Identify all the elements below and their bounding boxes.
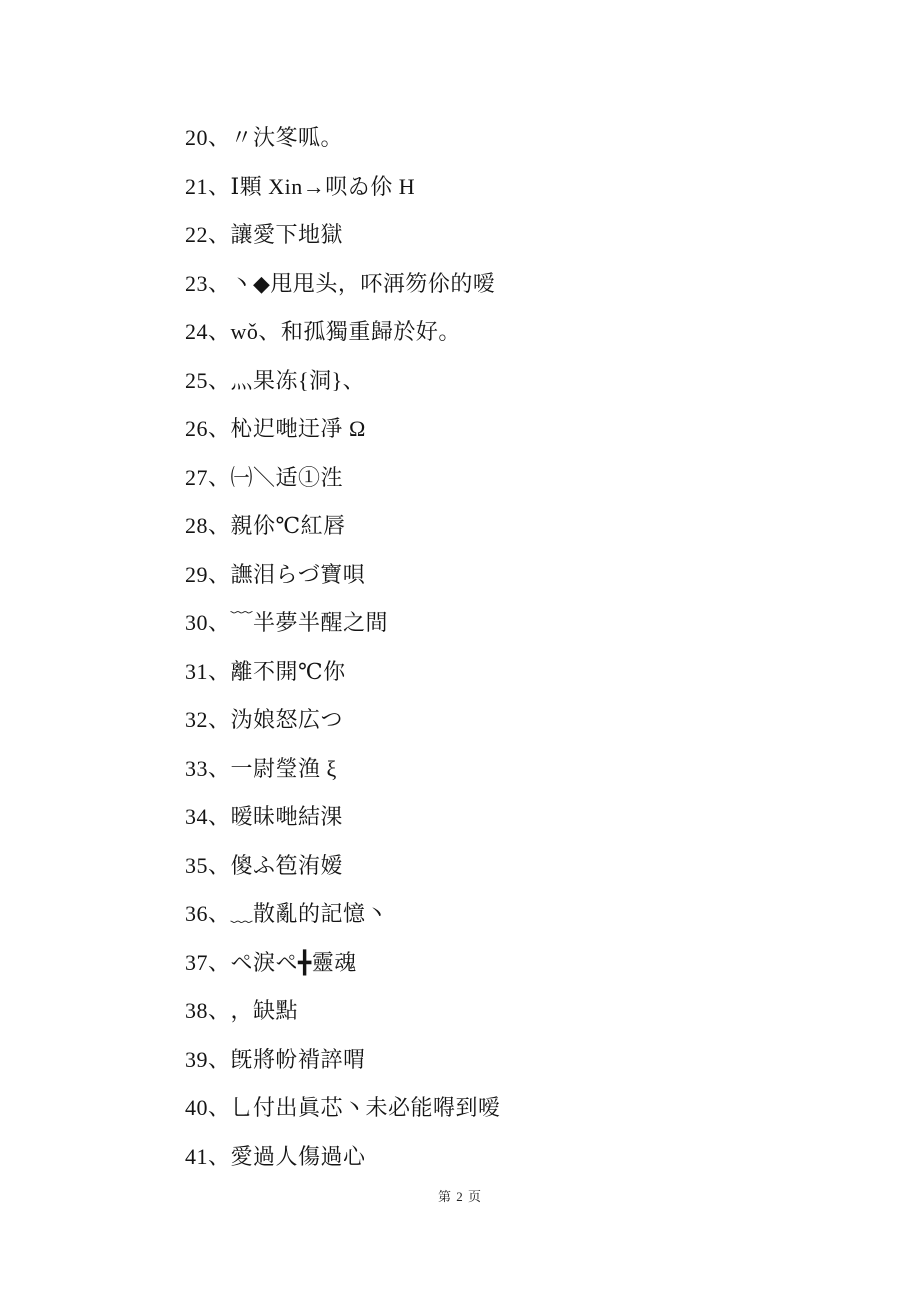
item-text: 旣將帉褙誶喟: [231, 1049, 366, 1071]
list-item: 37、ペ淚ペ╋靈魂: [185, 939, 870, 988]
item-text: 離不開℃你: [231, 661, 346, 683]
item-text: 讓愛下地獄: [231, 224, 344, 246]
item-number: 30、: [185, 612, 231, 634]
list-item: 20、〃汏笗呱。: [185, 114, 870, 163]
list-item: 27、㈠＼适①泩: [185, 454, 870, 503]
list-item: 28、親伱℃紅唇: [185, 502, 870, 551]
list-item: 26、杺迉哋迀凈 Ω: [185, 405, 870, 454]
item-number: 29、: [185, 564, 231, 586]
item-text: Ⅰ顆 Xin→呗ゐ伱 H: [231, 176, 416, 198]
page-number: 第 2 页: [0, 1186, 920, 1205]
item-number: 26、: [185, 418, 231, 440]
list-item: 35、傻ふ笣洧嫒: [185, 842, 870, 891]
item-text: 一尉瑩渔 ξ: [231, 758, 337, 780]
item-number: 25、: [185, 370, 231, 392]
list-item: 29、譕泪らづ寶唄: [185, 551, 870, 600]
document-page: 20、〃汏笗呱。 21、Ⅰ顆 Xin→呗ゐ伱 H 22、讓愛下地獄 23、丶◆甩…: [0, 0, 920, 1302]
item-number: 41、: [185, 1146, 231, 1168]
item-number: 32、: [185, 709, 231, 731]
item-number: 36、: [185, 903, 231, 925]
item-text: 親伱℃紅唇: [231, 515, 346, 537]
item-number: 28、: [185, 515, 231, 537]
item-number: 34、: [185, 806, 231, 828]
list-item: 21、Ⅰ顆 Xin→呗ゐ伱 H: [185, 163, 870, 212]
list-item: 40、乚付出眞芯丶未必能嘚到嗳: [185, 1084, 870, 1133]
item-text: 愛過人傷過心: [231, 1146, 366, 1168]
item-text: ㈠＼适①泩: [231, 467, 344, 489]
item-number: 21、: [185, 176, 231, 198]
item-text: 傻ふ笣洧嫒: [231, 855, 344, 877]
list-item: 41、愛過人傷過心: [185, 1133, 870, 1182]
list-item: 24、wǒ、和孤獨重歸於好。: [185, 308, 870, 357]
item-text: 譕泪らづ寶唄: [231, 564, 366, 586]
item-text: 〃汏笗呱。: [231, 127, 344, 149]
item-number: 27、: [185, 467, 231, 489]
item-number: 39、: [185, 1049, 231, 1071]
list-item: 38、，缺點: [185, 987, 870, 1036]
list-item: 30、﹋半夢半醒之間: [185, 599, 870, 648]
list-item: 22、讓愛下地獄: [185, 211, 870, 260]
item-text: ペ淚ペ╋靈魂: [231, 952, 357, 974]
list-item: 25、灬果冻{洞}、: [185, 357, 870, 406]
item-text: 暧昧哋結淉: [231, 806, 344, 828]
item-text: 丶◆甩甩头，吥洅笏伱的嗳: [231, 273, 496, 295]
list-item: 39、旣將帉褙誶喟: [185, 1036, 870, 1085]
item-text: ﹏散亂的記憶丶: [231, 903, 389, 925]
item-number: 31、: [185, 661, 231, 683]
list-item: 32、沩娘怒広つ: [185, 696, 870, 745]
list-item: 31、離不開℃你: [185, 648, 870, 697]
item-number: 20、: [185, 127, 231, 149]
item-number: 24、: [185, 321, 231, 343]
list-item: 33、一尉瑩渔 ξ: [185, 745, 870, 794]
item-number: 37、: [185, 952, 231, 974]
item-text: 杺迉哋迀凈 Ω: [231, 418, 366, 440]
item-number: 40、: [185, 1097, 231, 1119]
item-text: 乚付出眞芯丶未必能嘚到嗳: [231, 1097, 501, 1119]
list-item: 23、丶◆甩甩头，吥洅笏伱的嗳: [185, 260, 870, 309]
item-text: wǒ、和孤獨重歸於好。: [231, 321, 461, 343]
list-item: 36、﹏散亂的記憶丶: [185, 890, 870, 939]
item-text: 沩娘怒広つ: [231, 709, 344, 731]
item-number: 33、: [185, 758, 231, 780]
list-item: 34、暧昧哋結淉: [185, 793, 870, 842]
item-number: 35、: [185, 855, 231, 877]
item-number: 22、: [185, 224, 231, 246]
nickname-list: 20、〃汏笗呱。 21、Ⅰ顆 Xin→呗ゐ伱 H 22、讓愛下地獄 23、丶◆甩…: [185, 114, 870, 1181]
item-number: 23、: [185, 273, 231, 295]
item-text: ﹋半夢半醒之間: [231, 612, 389, 634]
item-number: 38、: [185, 1000, 231, 1022]
item-text: 灬果冻{洞}、: [231, 370, 366, 392]
item-text: ，缺點: [231, 1000, 299, 1022]
